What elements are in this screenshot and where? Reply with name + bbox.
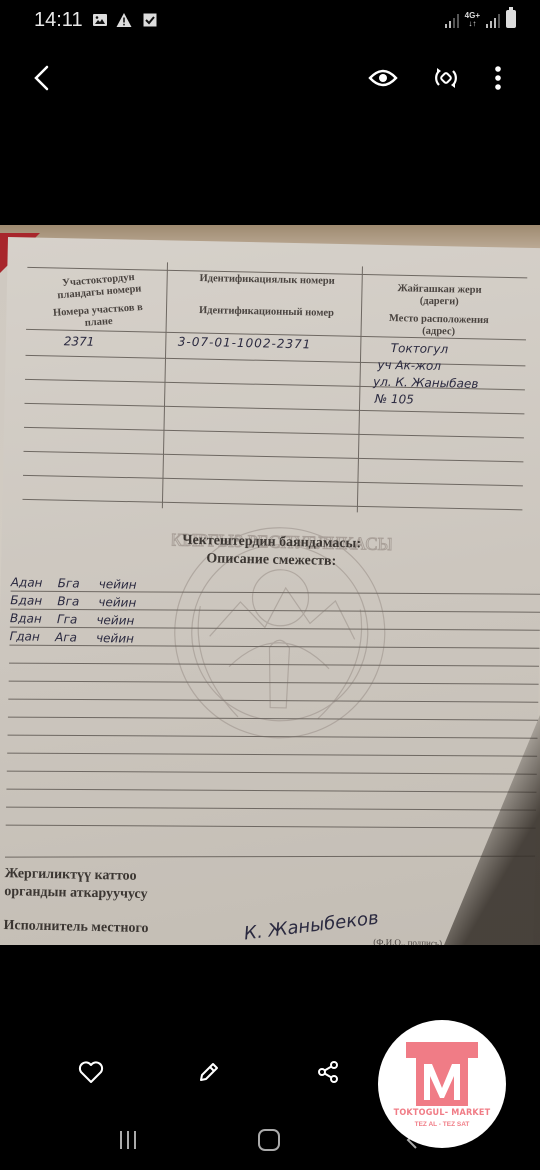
chevron-left-icon <box>32 65 52 91</box>
signal-icon-2 <box>486 12 500 28</box>
address-line-2: уч Ак-жол <box>377 358 441 373</box>
back-button[interactable] <box>22 58 62 98</box>
rotate-button[interactable] <box>426 58 466 98</box>
gallery-icon <box>92 12 108 28</box>
signatory-kg-line-2: органдын аткаруучусу <box>4 883 148 904</box>
signature-caption: (Ф.И.О., подпись) <box>373 937 442 945</box>
share-icon <box>316 1060 340 1084</box>
document-content: Участоктордун пландагы номери Номера уча… <box>0 237 540 945</box>
warning-icon <box>116 12 132 28</box>
adjacency-line-4: Гдан Ага чейин <box>9 629 134 646</box>
more-options-button[interactable] <box>478 58 518 98</box>
adjacency-line-2: Бдан Вга чейин <box>10 593 136 610</box>
address-line-1: Токтогул <box>391 341 449 356</box>
header-col3-kg: Жайгашкан жери (дареги) <box>377 283 502 310</box>
battery-icon <box>506 10 516 28</box>
status-time: 14:11 <box>34 9 83 32</box>
watermark-name: TOKTOGUL- MARKET <box>378 1108 506 1118</box>
tm-logo-icon <box>404 1040 480 1106</box>
signatory-ru-line-1: Исполнитель местного <box>3 917 148 938</box>
adjacency-line-3: Вдан Гга чейин <box>10 611 135 628</box>
address-line-4: № 105 <box>375 392 414 407</box>
edit-button[interactable] <box>189 1052 229 1092</box>
signal-icon <box>445 12 459 28</box>
watermark-tagline: TEZ AL - TEZ SAT <box>378 1121 506 1128</box>
checkbox-icon <box>142 12 158 28</box>
share-button[interactable] <box>308 1052 348 1092</box>
pencil-icon <box>197 1060 221 1084</box>
header-col3-ru: Место расположения (адрес) <box>376 313 501 340</box>
eye-icon <box>368 68 398 88</box>
status-bar: 14:11 4G+↓↑ <box>0 0 540 44</box>
signature-name: К. Жаныбеков <box>243 908 380 945</box>
viewer-top-bar <box>0 50 540 106</box>
heart-icon <box>78 1060 104 1084</box>
identification-number: 3-07-01-1002-2371 <box>178 335 312 352</box>
adjacency-line-1: Адан Бга чейин <box>11 575 137 592</box>
recents-icon <box>117 1129 139 1151</box>
address-line-3: ул. К. Жаныбаев <box>373 375 479 391</box>
document-photo[interactable]: Участоктордун пландагы номери Номера уча… <box>0 225 540 945</box>
favorite-button[interactable] <box>71 1052 111 1092</box>
home-button[interactable] <box>249 1120 289 1160</box>
home-icon <box>257 1128 281 1152</box>
document-page: Участоктордун пландагы номери Номера уча… <box>0 237 540 945</box>
plot-number: 2371 <box>64 334 95 349</box>
more-vert-icon <box>494 65 502 91</box>
network-indicator: 4G+↓↑ <box>465 12 480 28</box>
status-indicators: 4G+↓↑ <box>445 10 516 28</box>
toktogul-market-bubble[interactable]: TOKTOGUL- MARKET TEZ AL - TEZ SAT <box>378 1020 506 1148</box>
rotate-icon <box>433 65 459 91</box>
recents-button[interactable] <box>108 1120 148 1160</box>
view-details-button[interactable] <box>363 58 403 98</box>
